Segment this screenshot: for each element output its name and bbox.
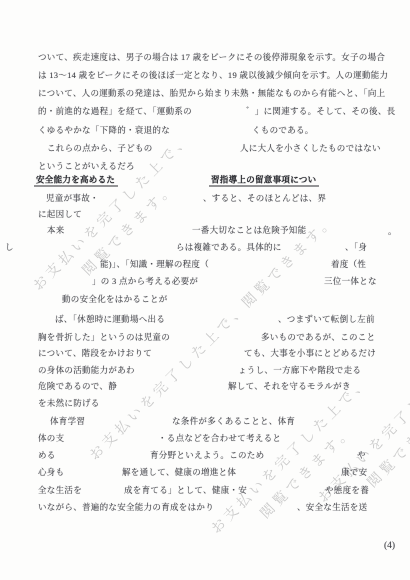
- text-fragment: について、人の運動系の発達は、胎児から始まり未熟・無能なものから有能へと、「向上: [38, 89, 385, 98]
- text-fragment: を未然に防げる: [38, 399, 100, 408]
- text-fragment: 解を通して、健康の増進と体: [122, 468, 236, 477]
- text-fragment: 、「身: [345, 243, 367, 252]
- text-fragment: 心身も: [38, 468, 64, 477]
- text-fragment: ば、「休憩時に運動場へ出る: [55, 315, 165, 324]
- text-fragment: 解して、それを守るモラルがき: [228, 382, 351, 391]
- text-fragment: らは複雑である。具体的に: [176, 243, 282, 252]
- document-page: お支払いを完了した上で、閲覧できます。お支払いを完了した上で、閲覧できます。お支…: [0, 0, 410, 580]
- text-fragment: める: [38, 451, 56, 460]
- text-fragment: 危険であるので、静: [38, 382, 117, 391]
- text-fragment: 、安全な生活を送: [297, 503, 367, 512]
- text-fragment: 多いものであるが、このこと: [261, 333, 375, 342]
- text-fragment: に起因して: [38, 210, 82, 219]
- text-fragment: ついて、疾走速度は、男子の場合は 17 歳をピークにその後停滞現象を示す。女子の…: [38, 53, 385, 62]
- section-heading: 習指導上の留意事項につい: [209, 176, 319, 187]
- text-fragment: は 13～14 歳をピークにその後ほぼ一定となり、19 歳以後減少傾向を示す。人…: [38, 71, 388, 80]
- text-fragment: 体の支: [38, 434, 64, 443]
- text-fragment: 本来: [47, 226, 65, 235]
- text-fragment: 児童が事故・: [46, 194, 99, 203]
- text-fragment: くものである。: [252, 126, 314, 135]
- text-fragment: これらの点から、子どもの: [47, 144, 153, 153]
- text-fragment: ・る点などを合わせて考えると: [158, 434, 281, 443]
- text-fragment: について、階段をかけおりて: [38, 349, 152, 358]
- section-heading: 安全能力を高めるた: [34, 176, 118, 187]
- text-fragment: 育分野といえよう。このため: [150, 451, 264, 460]
- text-fragment: ということがいえるだろ: [38, 162, 135, 171]
- text-fragment: 康で安: [341, 468, 367, 477]
- text-fragment: な条件が多くあることと、体育: [172, 417, 295, 426]
- text-fragment: し: [5, 243, 14, 252]
- text-fragment: ゛」に関連する。そして、その後、長: [246, 107, 395, 116]
- text-fragment: 」の 3 点から考える必要が: [92, 277, 198, 286]
- page-number: (4): [384, 541, 395, 551]
- text-fragment: 人に大人を小さくしたものではない: [240, 144, 381, 153]
- text-fragment: ょうし、一方廊下や階段で走る: [238, 366, 361, 375]
- text-fragment: 動の安全化をはかることが: [62, 295, 168, 304]
- text-fragment: 胸を骨折した」というのは児童の: [38, 333, 170, 342]
- text-fragment: 着度（性: [331, 260, 366, 269]
- text-fragment: 一番大切なことは危険予知能: [192, 226, 306, 235]
- text-fragment: 体育学習: [50, 417, 85, 426]
- text-fragment: 三位一体とな: [324, 277, 377, 286]
- text-fragment: 成を育てる」として、健康・安: [124, 486, 247, 495]
- text-fragment: 能)」、「知識・理解の程度（: [100, 260, 209, 269]
- text-fragment: ても、大事を小事にとどめるだけ: [244, 349, 376, 358]
- text-fragment: くゆるやかな「下降的・衰退的な: [38, 126, 170, 135]
- text-fragment: 的・前進的な過程」を経て、「運動系の: [38, 107, 192, 116]
- text-fragment: や: [357, 451, 366, 460]
- text-fragment: 。: [388, 227, 397, 236]
- text-fragment: 、つまずいて転倒し左前: [278, 315, 375, 324]
- text-fragment: 全な生活を: [38, 486, 82, 495]
- text-fragment: 、すると、そのほとんどは、界: [203, 194, 326, 203]
- text-fragment: や態度を養: [325, 486, 369, 495]
- text-fragment: の身体の活動能力があわ: [38, 366, 135, 375]
- text-fragment: いながら、普遍的な安全能力の育成をはかり: [38, 503, 214, 512]
